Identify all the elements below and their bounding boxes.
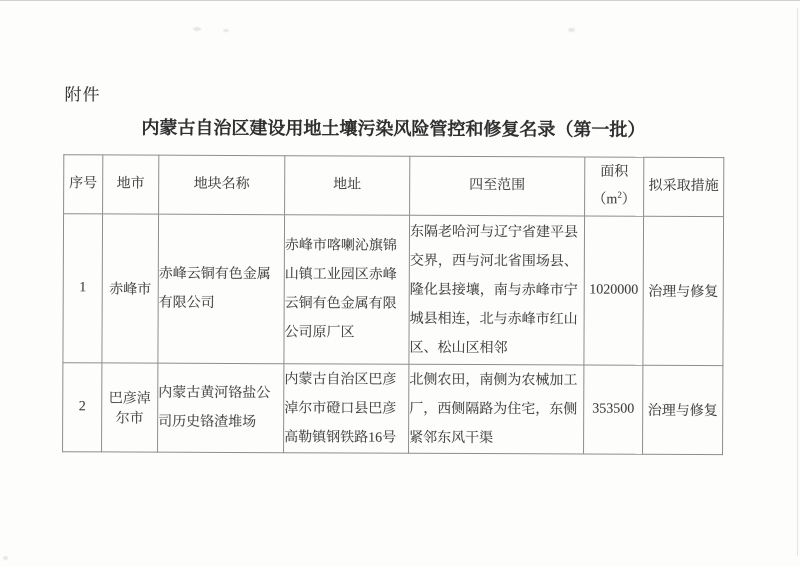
cell-area: 1020000	[584, 216, 644, 365]
area-label: 面积	[585, 162, 643, 184]
cell-site-name: 内蒙古黄河铬盐公司历史铬渣堆场	[158, 363, 284, 453]
cell-city: 巴彦淖尔市	[102, 363, 158, 452]
table-header-row: 序号 地市 地块名称 地址 四至范围 面积 （m2） 拟采取措施	[64, 155, 724, 217]
cell-seq: 2	[63, 363, 102, 452]
cell-seq: 1	[63, 214, 103, 363]
header-cell-area: 面积 （m2）	[585, 157, 644, 216]
cell-measures: 治理与修复	[643, 216, 724, 365]
cell-boundaries: 北侧农田，南侧为农械加工厂，西侧隔路为住宅，东侧紧邻东风干渠	[409, 364, 584, 454]
header-cell-city: 地市	[103, 155, 159, 214]
scanned-document-page: 附件 内蒙古自治区建设用地土壤污染风险管控和修复名录（第一批） 序号 地市 地块…	[0, 0, 800, 566]
cell-address: 内蒙古自治区巴彦淖尔市磴口县巴彦高勒镇钢铁路16号	[284, 364, 409, 454]
header-cell-seq: 序号	[64, 155, 103, 214]
cell-address: 赤峰市喀喇沁旗锦山镇工业园区赤峰云铜有色金属有限公司原厂区	[284, 215, 410, 365]
cell-boundaries: 东隔老哈河与辽宁省建平县交界，西与河北省围场县、隆化县接壤，南与赤峰市宁城县相连…	[409, 215, 585, 365]
area-unit: （m2）	[585, 184, 643, 212]
table-row: 1 赤峰市 赤峰云铜有色金属有限公司 赤峰市喀喇沁旗锦山镇工业园区赤峰云铜有色金…	[63, 214, 724, 366]
header-cell-boundaries: 四至范围	[410, 156, 585, 216]
cell-measures: 治理与修复	[643, 365, 723, 454]
header-cell-site-name: 地块名称	[159, 155, 285, 215]
document-title: 内蒙古自治区建设用地土壤污染风险管控和修复名录（第一批）	[0, 113, 787, 142]
table-row: 2 巴彦淖尔市 内蒙古黄河铬盐公司历史铬渣堆场 内蒙古自治区巴彦淖尔市磴口县巴彦…	[63, 363, 723, 455]
cell-area: 353500	[584, 365, 643, 454]
attachment-label: 附件	[65, 80, 101, 105]
cell-city: 赤峰市	[102, 214, 159, 363]
records-table: 序号 地市 地块名称 地址 四至范围 面积 （m2） 拟采取措施	[62, 154, 724, 455]
document-content: 附件 内蒙古自治区建设用地土壤污染风险管控和修复名录（第一批） 序号 地市 地块…	[0, 0, 800, 566]
header-cell-address: 地址	[285, 156, 410, 216]
cell-site-name: 赤峰云铜有色金属有限公司	[158, 214, 285, 364]
header-cell-measures: 拟采取措施	[644, 157, 724, 216]
